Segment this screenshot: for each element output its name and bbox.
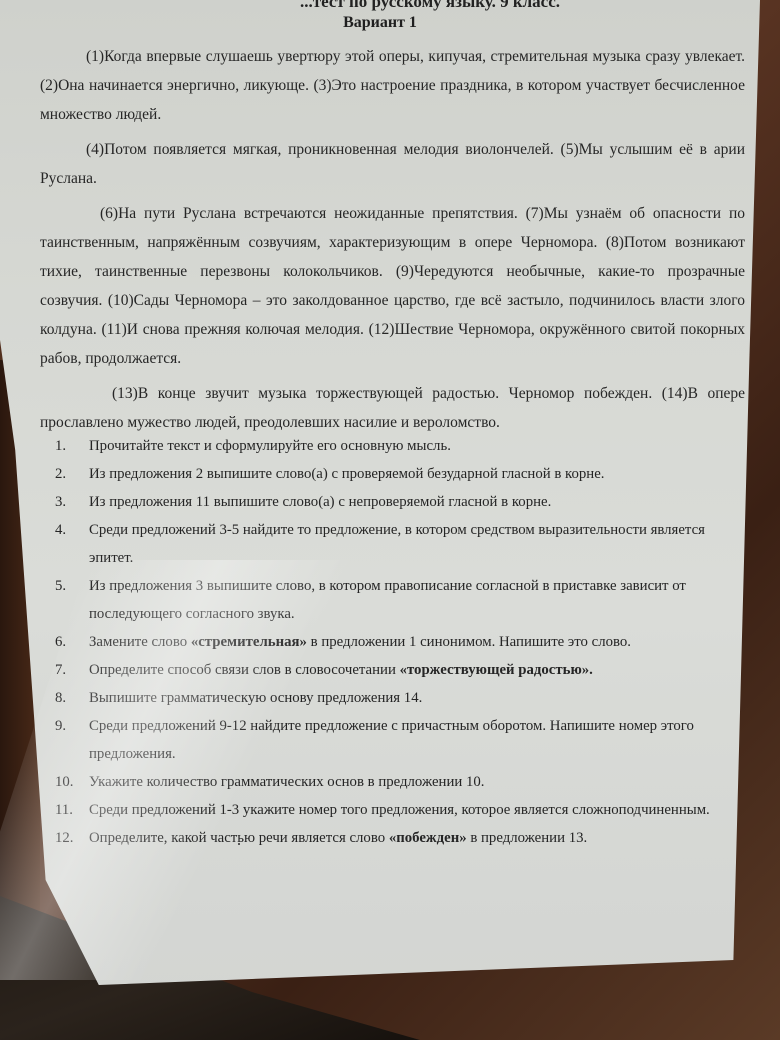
document-title: Вариант 1 [0,14,760,32]
question-9: 9.Среди предложений 9-12 найдите предлож… [55,712,725,768]
paragraph-3: (6)На пути Руслана встречаются неожиданн… [40,199,745,373]
questions-list: 1.Прочитайте текст и сформулируйте его о… [55,432,725,852]
question-7: 7.Определите способ связи слов в словосо… [55,656,725,684]
paper-sheet: ...тест по русскому языку. 9 класс. Вари… [0,0,760,1000]
paragraph-2: (4)Потом появляется мягкая, проникновенн… [40,135,745,193]
question-1: 1.Прочитайте текст и сформулируйте его о… [55,432,725,460]
question-4: 4.Среди предложений 3-5 найдите то предл… [55,516,725,572]
paragraph-4: (13)В конце звучит музыка торжествующей … [40,379,745,437]
question-10: 10.Укажите количество грамматических осн… [55,768,725,796]
question-12: 12.Определите, какой частью речи являетс… [55,824,725,852]
question-5: 5.Из предложения 3 выпишите слово, в кот… [55,572,725,628]
question-6: 6.Замените слово «стремительная» в предл… [55,628,725,656]
paragraph-1: (1)Когда впервые слушаешь увертюру этой … [40,42,745,129]
ink-dot [238,843,240,845]
question-2: 2.Из предложения 2 выпишите слово(а) с п… [55,460,725,488]
passage: (1)Когда впервые слушаешь увертюру этой … [40,42,745,443]
question-11: 11.Среди предложений 1-3 укажите номер т… [55,796,725,824]
header-partial: ...тест по русскому языку. 9 класс. [300,0,660,12]
question-8: 8.Выпишите грамматическую основу предлож… [55,684,725,712]
question-3: 3.Из предложения 11 выпишите слово(а) с … [55,488,725,516]
